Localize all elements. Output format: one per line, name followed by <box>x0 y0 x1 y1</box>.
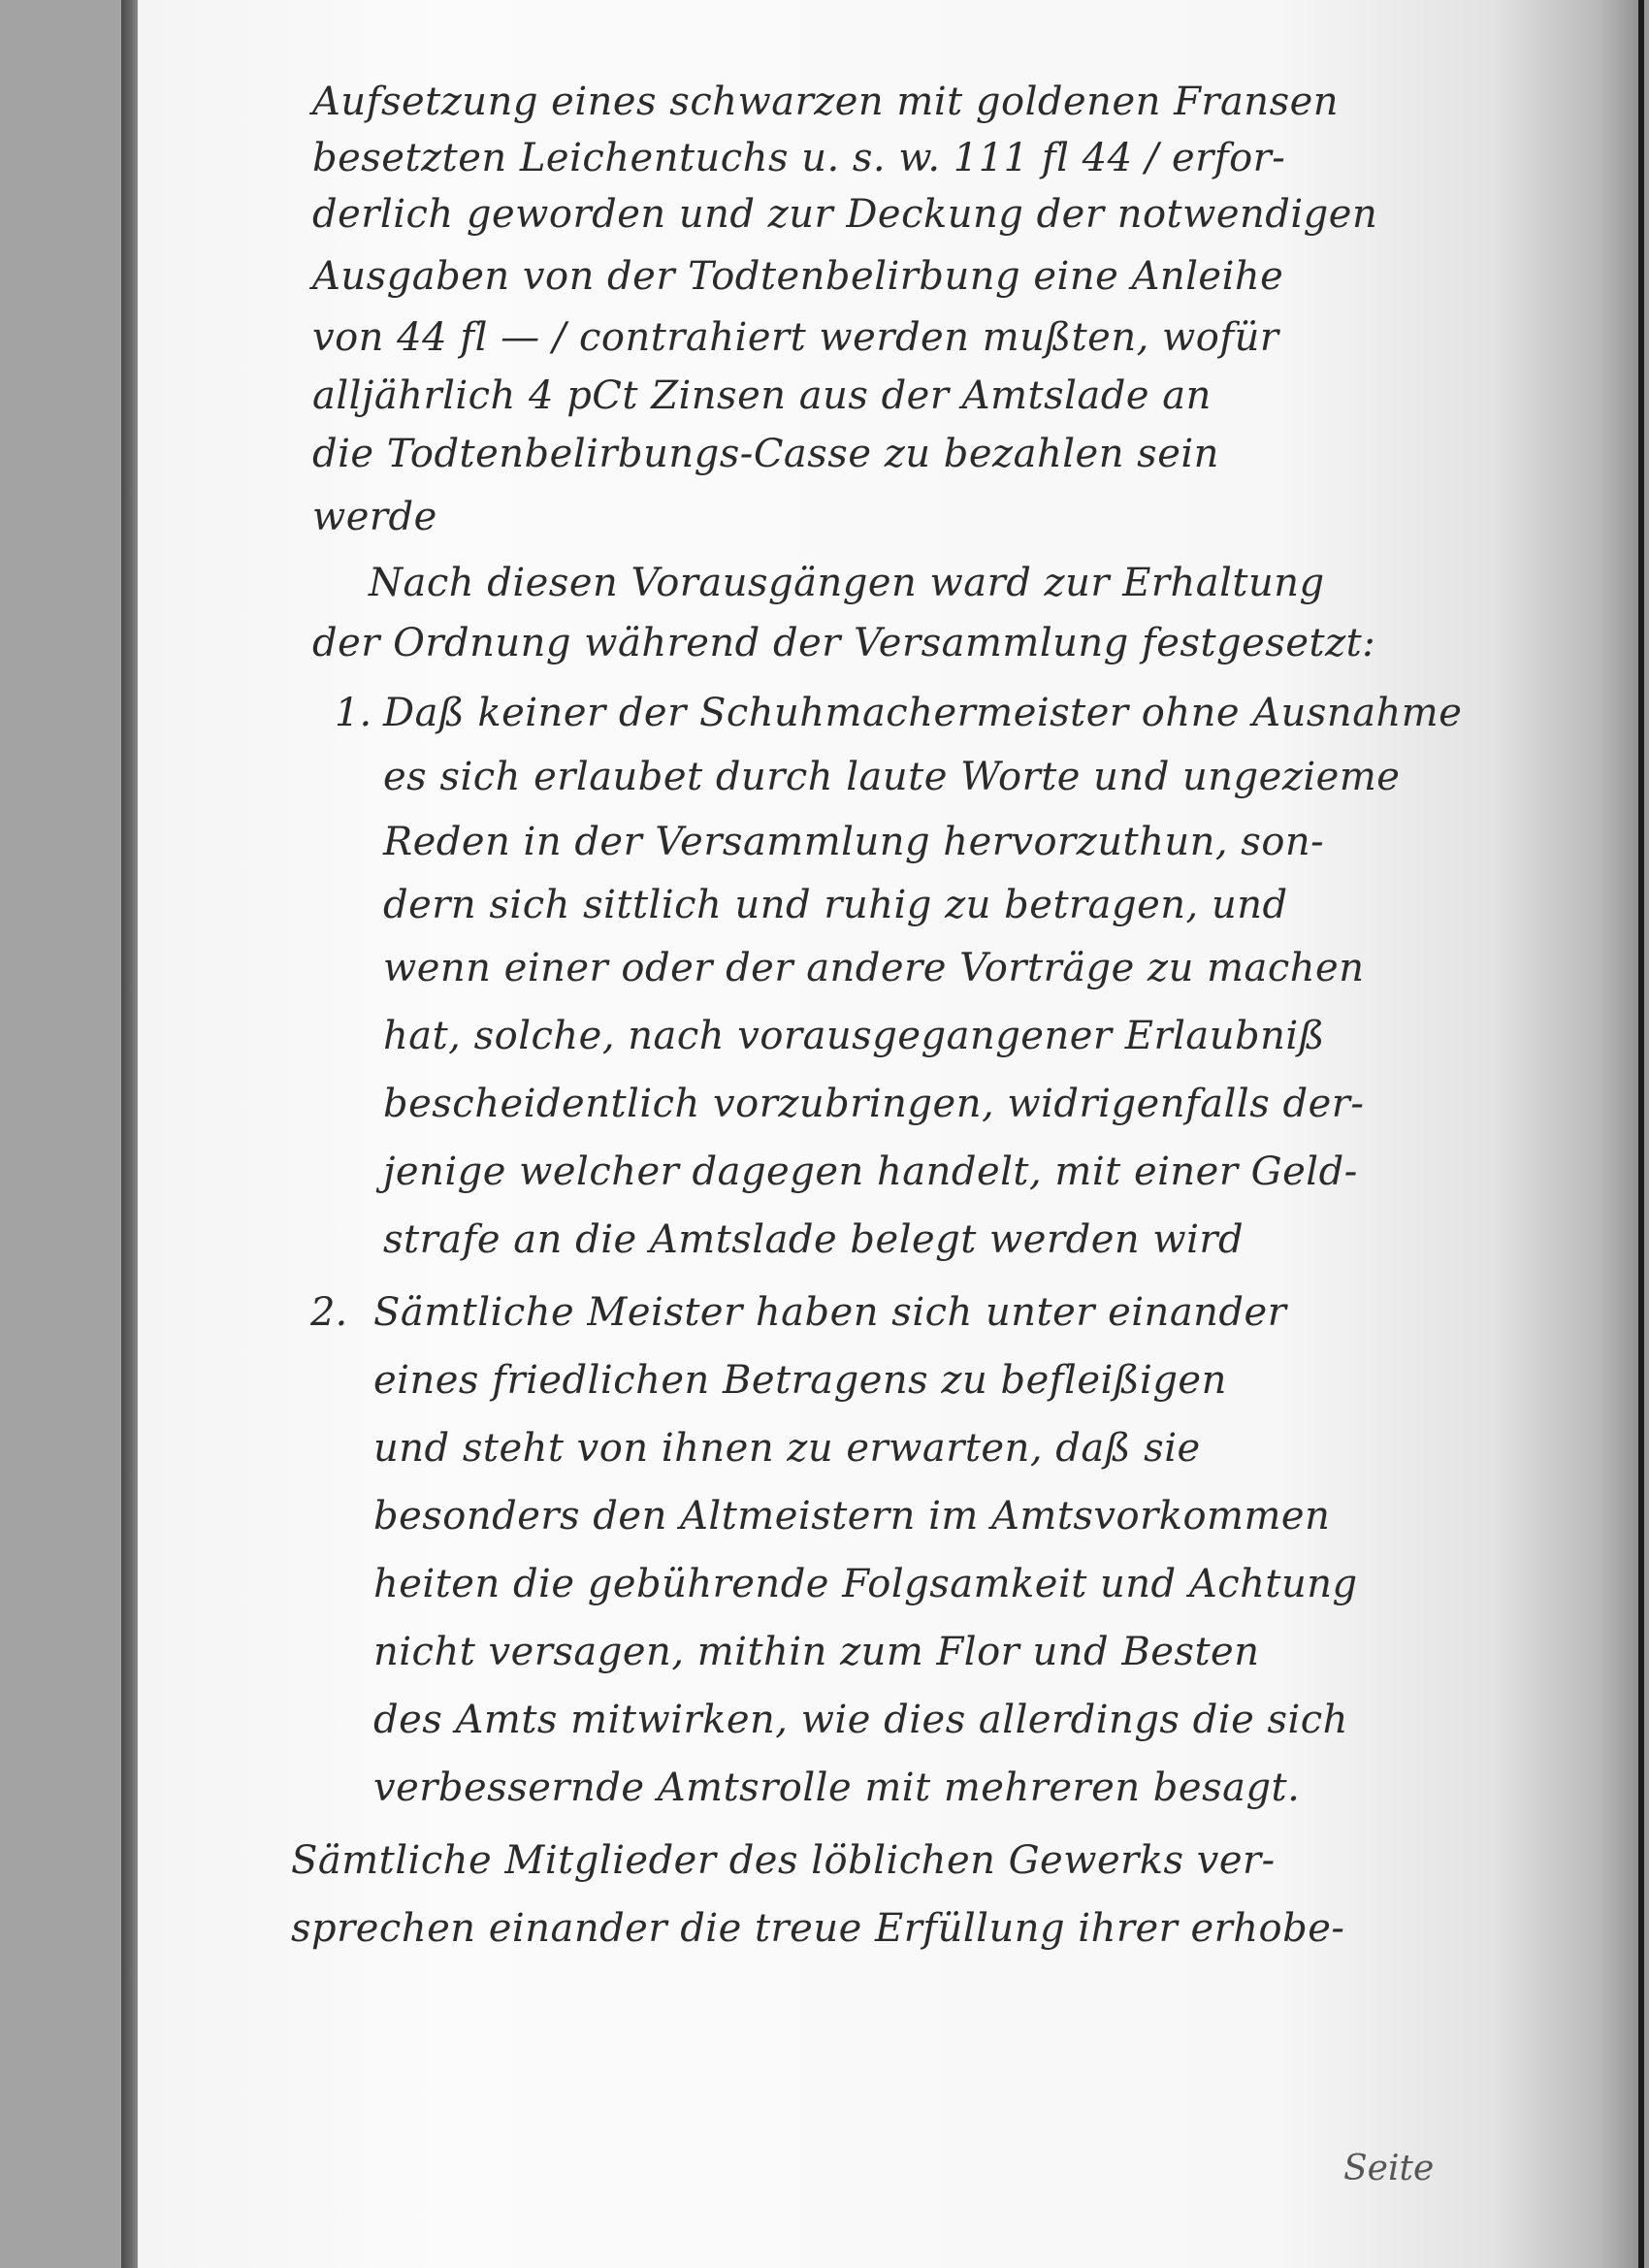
page-left-edge <box>121 0 138 2268</box>
text-line: heiten die gebührende Folgsamkeit und Ac… <box>373 1562 1358 1606</box>
text-line: Sämtliche Meister haben sich unter einan… <box>373 1290 1286 1335</box>
text-line: verbessernde Amtsrolle mit mehreren besa… <box>373 1766 1300 1810</box>
text-line: besonders den Altmeistern im Amtsvorkomm… <box>373 1494 1330 1539</box>
text-line: nicht versagen, mithin zum Flor und Best… <box>373 1630 1259 1674</box>
text-line: sprechen einander die treue Erfüllung ih… <box>291 1906 1344 1951</box>
text-line: derlich geworden und zur Deckung der not… <box>312 192 1377 237</box>
text-line: hat, solche, nach vorausgegangener Erlau… <box>383 1014 1325 1058</box>
text-line: besetzten Leichentuchs u. s. w. 111 fl 4… <box>312 136 1285 180</box>
text-line: Sämtliche Mitglieder des löblichen Gewer… <box>291 1838 1276 1883</box>
text-line: Aufsetzung eines schwarzen mit goldenen … <box>312 80 1339 124</box>
text-line: die Todtenbelirbungs-Casse zu bezahlen s… <box>312 432 1219 476</box>
text-line: des Amts mitwirken, wie dies allerdings … <box>373 1698 1348 1742</box>
text-line: alljährlich 4 pCt Zinsen aus der Amtslad… <box>312 373 1212 418</box>
text-line: jenige welcher dagegen handelt, mit eine… <box>383 1150 1358 1194</box>
text-line: werde <box>312 495 437 539</box>
text-line: strafe an die Amtslade belegt werden wir… <box>383 1217 1244 1262</box>
text-line: von 44 fl — / contrahiert werden mußten,… <box>312 315 1279 360</box>
item-number: 2. <box>310 1290 347 1335</box>
text-line: dern sich sittlich und ruhig zu betragen… <box>383 883 1288 927</box>
item-number: 1. <box>335 691 372 735</box>
text-line: Daß keiner der Schuhmachermeister ohne A… <box>383 691 1462 735</box>
text-line: eines friedlichen Betragens zu befleißig… <box>373 1358 1227 1403</box>
text-line: Ausgaben von der Todtenbelirbung eine An… <box>312 254 1283 299</box>
binding-gutter <box>1638 0 1644 2268</box>
text-line: wenn einer oder der andere Vorträge zu m… <box>383 946 1364 990</box>
text-line: Reden in der Versammlung hervorzuthun, s… <box>383 820 1324 864</box>
text-line: und steht von ihnen zu erwarten, daß sie <box>373 1426 1201 1471</box>
catchword: Seite <box>1343 2149 1434 2188</box>
scan-background-strip <box>0 0 121 2268</box>
text-line: bescheidentlich vorzubringen, widrigenfa… <box>383 1082 1364 1126</box>
text-line: der Ordnung während der Versammlung fest… <box>312 621 1375 665</box>
text-line: Nach diesen Vorausgängen ward zur Erhalt… <box>369 561 1325 605</box>
text-line: es sich erlaubet durch laute Worte und u… <box>383 755 1400 799</box>
